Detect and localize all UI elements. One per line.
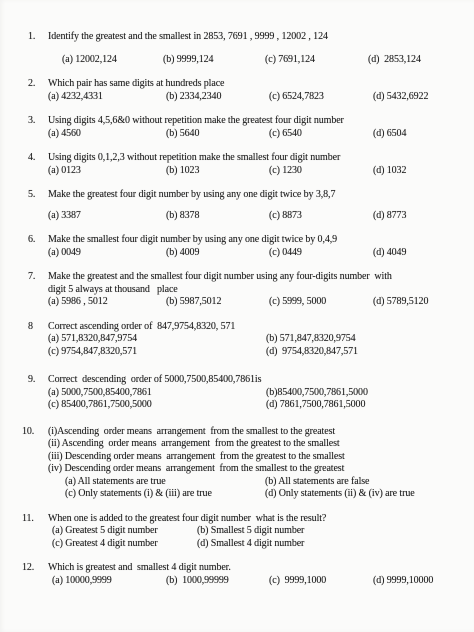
option: (d) Only statements (ii) & (iv) are true [265,488,468,501]
question-stem: When one is added to the greatest four d… [48,513,468,526]
options: (a) 10000,9999(b) 1000,99999(c) 9999,100… [52,575,468,588]
option: (b) 8378 [166,210,269,223]
options: (a) 12002,124(b) 9999,124(c) 7691,124(d)… [62,54,468,67]
question-number: 1. [28,31,48,44]
options: (a) 5000,7500,85400,7861(b)85400,7500,78… [48,387,468,412]
option: (d) 2853,124 [368,54,468,67]
question-number: 3. [28,115,48,128]
option: (c) 9754,847,8320,571 [48,346,266,359]
option: (a) 0049 [48,247,166,260]
question-number: 11. [22,513,48,526]
option: (a) 5000,7500,85400,7861 [48,387,266,400]
option: (c) 7691,124 [265,54,368,67]
question-stem: Using digits 4,5,6&0 without repetition … [48,115,468,128]
question: 1.Identify the greatest and the smallest… [28,31,468,66]
question-number: 10. [22,426,48,439]
question-body: Which is greatest and smallest 4 digit n… [48,562,468,587]
option: (c) 8873 [269,210,373,223]
question-stem: Identify the greatest and the smallest i… [48,31,468,44]
option: (c) 6524,7823 [269,91,373,104]
option: (c) 5999, 5000 [269,296,373,309]
question-body: When one is added to the greatest four d… [48,513,468,551]
options: (a) 3387(b) 8378(c) 8873(d) 8773 [48,210,468,223]
option: (b)85400,7500,7861,5000 [266,387,468,400]
question-body: Correct ascending order of 847,9754,8320… [48,321,468,359]
options: (a) Greatest 5 digit number(b) Smallest … [52,525,468,550]
option: (b) 5640 [166,128,269,141]
option: (c) Greatest 4 digit number [52,538,197,551]
question: 5.Make the greatest four digit number by… [28,189,468,222]
question-body: Make the greatest and the smallest four … [48,271,468,309]
question-stem: (ii) Ascending order means arrangement f… [48,438,468,451]
option: (b) 571,847,8320,9754 [266,333,468,346]
question-body: Make the smallest four digit number by u… [48,234,468,259]
option: (a) 4560 [48,128,166,141]
question: 3.Using digits 4,5,6&0 without repetitio… [28,115,468,140]
option: (a) 4232,4331 [48,91,166,104]
question-stem: Make the smallest four digit number by u… [48,234,468,247]
option: (c) Only statements (i) & (iii) are true [65,488,265,501]
option: (d) 5432,6922 [373,91,468,104]
question-stem: Make the greatest four digit number by u… [48,189,468,202]
questions: 1.Identify the greatest and the smallest… [28,31,468,587]
options: (a) 4232,4331(b) 2334,2340(c) 6524,7823(… [48,91,468,104]
option: (d) 9754,8320,847,571 [266,346,468,359]
option: (b) 1023 [166,165,269,178]
option: (d) 9999,10000 [373,575,468,588]
question-number: 9. [28,374,48,387]
question-body: Make the greatest four digit number by u… [48,189,468,222]
options: (a) 5986 , 5012(b) 5987,5012(c) 5999, 50… [48,296,468,309]
question-stem: digit 5 always at thousand place [48,284,468,297]
option: (a) 10000,9999 [52,575,166,588]
option: (a) Greatest 5 digit number [52,525,197,538]
question: 10.(i)Ascending order means arrangement … [28,426,468,501]
question: 7.Make the greatest and the smallest fou… [28,271,468,309]
question-number: 5. [28,189,48,202]
question-stem: Which pair has same digits at hundreds p… [48,78,468,91]
option: (b) All statements are false [265,476,468,489]
worksheet-page: 1.Identify the greatest and the smallest… [0,0,474,632]
question-number: 8 [28,321,48,334]
question: 12.Which is greatest and smallest 4 digi… [28,562,468,587]
question-number: 6. [28,234,48,247]
question-stem: (iv) Descending order means arrangement … [48,463,468,476]
option: (a) 12002,124 [62,54,163,67]
option: (a) 571,8320,847,9754 [48,333,266,346]
option: (d) 8773 [373,210,468,223]
option: (b) 1000,99999 [166,575,269,588]
question-stem: (i)Ascending order means arrangement fro… [48,426,468,439]
question-body: Which pair has same digits at hundreds p… [48,78,468,103]
question-body: Using digits 4,5,6&0 without repetition … [48,115,468,140]
option: (b) 9999,124 [163,54,265,67]
option: (a) 3387 [48,210,166,223]
options: (a) 571,8320,847,9754(b) 571,847,8320,97… [48,333,468,358]
question-number: 4. [28,152,48,165]
options: (a) All statements are true(b) All state… [65,476,468,501]
question: 11.When one is added to the greatest fou… [28,513,468,551]
option: (d) 7861,7500,7861,5000 [266,399,468,412]
question-body: Using digits 0,1,2,3 without repetition … [48,152,468,177]
question-body: (i)Ascending order means arrangement fro… [48,426,468,501]
option: (b) Smallest 5 digit number [197,525,468,538]
question: 9.Correct descending order of 5000,7500,… [28,374,468,412]
question: 2.Which pair has same digits at hundreds… [28,78,468,103]
question: 8Correct ascending order of 847,9754,832… [28,321,468,359]
option: (c) 85400,7861,7500,5000 [48,399,266,412]
question-number: 12. [22,562,48,575]
question-stem: Using digits 0,1,2,3 without repetition … [48,152,468,165]
option: (d) 5789,5120 [373,296,468,309]
option: (d) 1032 [373,165,468,178]
option: (c) 9999,1000 [269,575,373,588]
options: (a) 0049(b) 4009(c) 0449(d) 4049 [48,247,468,260]
option: (d) 4049 [373,247,468,260]
question-number: 7. [28,271,48,284]
question-body: Identify the greatest and the smallest i… [48,31,468,66]
option: (b) 2334,2340 [166,91,269,104]
option: (b) 5987,5012 [166,296,269,309]
option: (a) 5986 , 5012 [48,296,166,309]
option: (c) 6540 [269,128,373,141]
question: 4.Using digits 0,1,2,3 without repetitio… [28,152,468,177]
question-stem: Correct descending order of 5000,7500,85… [48,374,468,387]
question-stem: (iii) Descending order means arrangement… [48,451,468,464]
option: (a) All statements are true [65,476,265,489]
question: 6.Make the smallest four digit number by… [28,234,468,259]
options: (a) 4560(b) 5640(c) 6540(d) 6504 [48,128,468,141]
options: (a) 0123(b) 1023(c) 1230(d) 1032 [48,165,468,178]
option: (d) Smallest 4 digit number [197,538,468,551]
question-stem: Which is greatest and smallest 4 digit n… [48,562,468,575]
option: (b) 4009 [166,247,269,260]
question-stem: Make the greatest and the smallest four … [48,271,468,284]
option: (c) 0449 [269,247,373,260]
option: (a) 0123 [48,165,166,178]
option: (c) 1230 [269,165,373,178]
question-body: Correct descending order of 5000,7500,85… [48,374,468,412]
option: (d) 6504 [373,128,468,141]
question-number: 2. [28,78,48,91]
question-stem: Correct ascending order of 847,9754,8320… [48,321,468,334]
